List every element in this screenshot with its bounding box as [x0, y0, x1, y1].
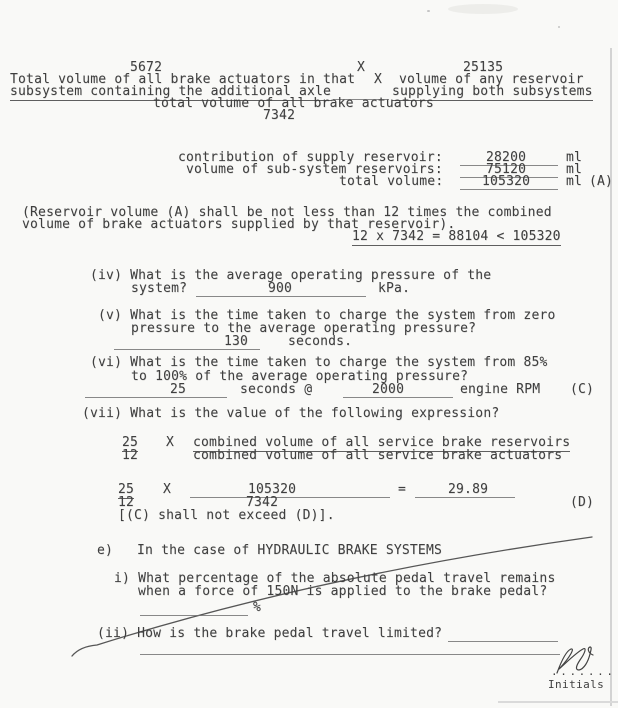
scan-smudge: [448, 4, 518, 14]
reservoir-totals-text: 105320: [482, 175, 530, 188]
question-iv-text: system?: [131, 282, 187, 295]
question-vii-text: combined volume of all service brake act…: [193, 449, 562, 462]
question-vi-text: 25: [170, 383, 186, 396]
section-e-text: e): [97, 544, 113, 557]
section-e-text: In the case of HYDRAULIC BRAKE SYSTEMS: [137, 544, 442, 557]
question-iv-text: kPa.: [378, 282, 410, 295]
calculation-d-text: X: [163, 483, 171, 496]
question-e-ii-text: (ii) How is the brake pedal travel limit…: [97, 627, 442, 640]
reservoir-note-text: 12 x 7342 = 88104 < 105320: [352, 230, 561, 246]
scan-edge-right: [610, 48, 612, 706]
scan-edge-bottom: [498, 701, 618, 703]
question-vi-text: seconds @: [240, 383, 312, 396]
question-vii-text: (vii) What is the value of the following…: [82, 407, 499, 420]
question-vii-text: X: [166, 436, 174, 449]
question-iv-blank: [196, 296, 366, 297]
ratio-formula-text: X: [357, 61, 365, 74]
question-iv-text: 900: [268, 282, 292, 295]
question-e-i-text: %: [253, 601, 261, 614]
reservoir-totals-text: (A): [589, 175, 613, 188]
question-e-i-blank: [140, 615, 248, 616]
question-vi-blank: [343, 397, 453, 398]
calculation-d-text: (D): [570, 496, 594, 509]
initials-label: Initials: [548, 678, 604, 691]
calculation-d-blank: [190, 497, 390, 498]
question-vi-text: (C): [570, 383, 594, 396]
question-vi-text: 2000: [372, 383, 404, 396]
question-v-text: 130: [224, 335, 248, 348]
question-v-blank: [114, 349, 260, 350]
initials-dotted-line: ........: [551, 665, 618, 678]
question-e-ii-blank: [448, 641, 558, 642]
question-vi-text: engine RPM: [460, 383, 540, 396]
question-vi-text: (vi) What is the time taken to charge th…: [90, 356, 548, 369]
ratio-formula-text: X: [374, 73, 382, 86]
question-e-ii-blank: [140, 654, 560, 655]
reservoir-totals-blank: [460, 189, 558, 190]
scanned-form-page: ........ Initials 5672X25135Total volume…: [0, 0, 618, 708]
question-vii-text: 12: [122, 449, 138, 462]
scan-speck: [427, 10, 430, 12]
calculation-d-text: 29.89: [448, 483, 488, 496]
scan-speck: [558, 26, 560, 28]
reservoir-totals-text: ml: [566, 175, 582, 188]
calculation-d-text: =: [398, 483, 406, 496]
calculation-d-blank: [415, 497, 515, 498]
question-v-text: seconds.: [288, 335, 352, 348]
reservoir-totals-text: total volume:: [339, 175, 443, 188]
question-vi-blank: [85, 397, 227, 398]
ratio-formula-text: 7342: [263, 109, 295, 122]
question-e-i-text: when a force of 150N is applied to the b…: [138, 585, 547, 598]
calculation-d-text: [(C) shall not exceed (D)].: [118, 509, 335, 522]
